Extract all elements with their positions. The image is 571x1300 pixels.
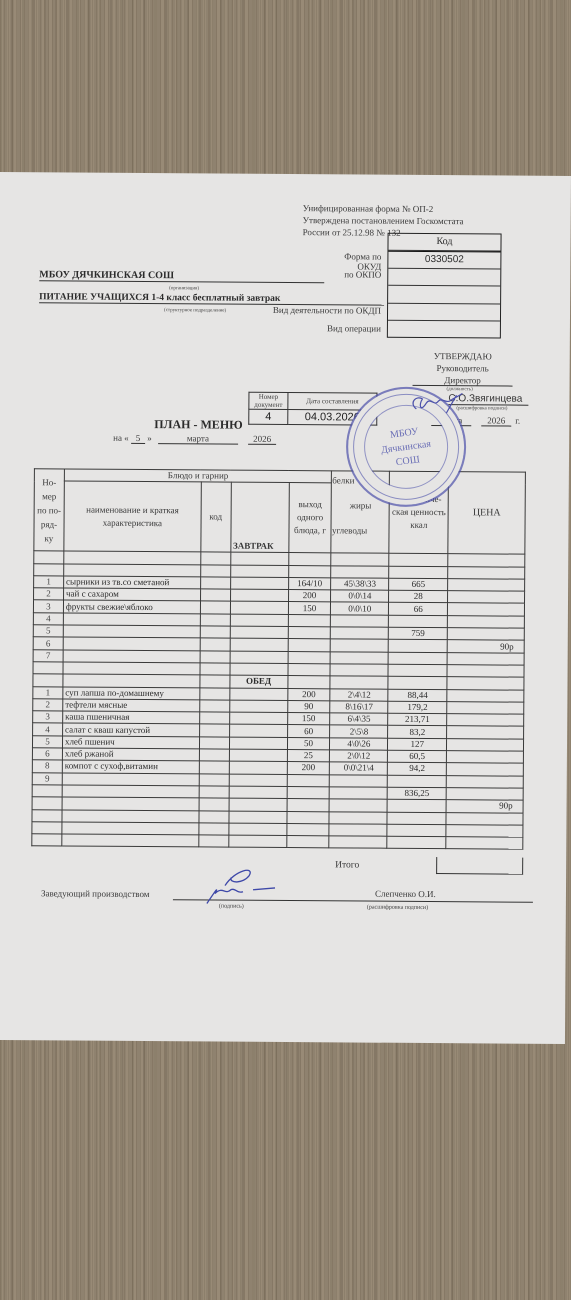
dish-name xyxy=(63,613,200,626)
code-box-spacer xyxy=(388,286,500,305)
yield-cell: 150 xyxy=(287,713,330,726)
header-yield: выход одного блюда, г xyxy=(288,483,331,553)
price-cell xyxy=(447,628,524,641)
price-cell xyxy=(447,714,524,727)
yield-cell xyxy=(286,823,329,836)
pfc-cell xyxy=(330,787,388,800)
approval-name: С.О.Звягинцева xyxy=(448,393,528,406)
row-number: 9 xyxy=(32,772,62,785)
row-number: 1 xyxy=(34,576,64,589)
kcal-cell xyxy=(387,836,446,849)
kcal-cell xyxy=(388,652,447,665)
pfc-cell: 0\0\21\4 xyxy=(330,762,388,775)
pfc-cell: 0\0\10 xyxy=(331,602,389,615)
yield-cell: 90 xyxy=(287,700,330,713)
dish-name: компот с сухоф,витамин xyxy=(62,760,199,773)
doc-number-label: Номер документ xyxy=(249,392,288,409)
price-cell xyxy=(446,775,523,788)
yield-cell: 150 xyxy=(288,602,331,615)
price-cell xyxy=(448,615,525,628)
dish-name xyxy=(63,650,200,663)
code-cell xyxy=(199,761,229,774)
footer-name: Слепченко О.И. xyxy=(375,889,436,899)
approval-block: УТВЕРЖДАЮ Руководитель xyxy=(431,350,495,374)
yield-cell xyxy=(288,627,331,640)
pfc-cell: 2\0\12 xyxy=(330,750,388,763)
row-number: 7 xyxy=(33,649,63,662)
pfc-cell: 6\4\35 xyxy=(330,713,388,726)
approval-year: 2026 xyxy=(481,415,511,426)
dish-name xyxy=(62,822,199,835)
dish-name: чай с сахаром xyxy=(63,588,200,601)
yield-cell xyxy=(287,786,330,799)
row-number: 4 xyxy=(33,723,63,736)
yield-cell: 200 xyxy=(287,762,330,775)
for-prefix: на « xyxy=(113,433,129,443)
header-pfc: белки жиры углеводы xyxy=(331,471,389,554)
row-number xyxy=(32,822,62,835)
okpo-label: по ОКПО xyxy=(329,269,381,279)
price-cell xyxy=(446,837,523,850)
code-cell xyxy=(199,798,229,811)
menu-table: Но-мер по по-ряд-ку Блюдо и гарнир белки… xyxy=(31,468,526,850)
pfc-cell: 45\38\33 xyxy=(331,578,389,591)
row-number: 2 xyxy=(33,699,63,712)
dish-name xyxy=(62,809,199,822)
organization-name: МБОУ ДЯЧКИНСКАЯ СОШ xyxy=(39,269,324,283)
code-cell xyxy=(200,626,230,639)
blank-cell xyxy=(229,798,287,811)
pfc-cell xyxy=(329,799,387,812)
kcal-cell xyxy=(388,775,447,788)
division-caption: (структурное подразделение) xyxy=(164,308,226,313)
menu-date-line: на « 5 » марта 2026 xyxy=(113,433,276,445)
code-cell xyxy=(200,601,230,614)
price-cell xyxy=(447,689,524,702)
header-proteins: белки xyxy=(332,475,389,486)
pfc-cell xyxy=(331,615,389,628)
price-cell xyxy=(446,788,523,801)
pfc-cell: 4\0\26 xyxy=(330,738,388,751)
yield-cell xyxy=(287,799,330,812)
signature-caption: (подпись) xyxy=(219,904,244,910)
kcal-cell: 83,2 xyxy=(388,726,447,739)
menu-year: 2026 xyxy=(248,434,276,445)
pfc-cell xyxy=(329,824,387,837)
kcal-cell: 836,25 xyxy=(387,787,446,800)
blank-cell xyxy=(230,577,288,590)
price-cell xyxy=(448,579,525,592)
dish-name: хлеб ржаной xyxy=(62,748,199,761)
kcal-cell xyxy=(387,824,446,837)
row-number: 5 xyxy=(33,625,63,638)
row-number: 3 xyxy=(33,711,63,724)
blank-cell xyxy=(229,749,287,762)
code-cell xyxy=(199,774,229,787)
price-cell: 90р xyxy=(446,800,523,813)
breakfast-section: 1сырники из тв.со сметаной164/1045\38\33… xyxy=(33,576,525,666)
yield-cell: 25 xyxy=(287,750,330,763)
pfc-cell xyxy=(331,639,389,652)
dish-name: салат с кваш капустой xyxy=(63,723,200,736)
kcal-cell: 88,44 xyxy=(388,689,447,702)
menu-day: 5 xyxy=(131,433,145,444)
code-box: Код 0330502 xyxy=(387,233,502,339)
division-name: ПИТАНИЕ УЧАЩИХСЯ 1-4 класс бесплатный за… xyxy=(39,292,384,305)
dish-name: хлеб пшенич xyxy=(62,736,199,749)
approval-year-suffix: г. xyxy=(515,416,520,426)
pfc-cell xyxy=(330,774,388,787)
code-cell xyxy=(199,712,229,725)
blank-cell xyxy=(230,614,288,627)
code-cell xyxy=(199,786,229,799)
pfc-cell: 8\16\17 xyxy=(330,701,388,714)
pfc-cell: 2\5\8 xyxy=(330,725,388,738)
yield-cell: 60 xyxy=(287,725,330,738)
row-number: 2 xyxy=(34,588,64,601)
blank-cell xyxy=(230,651,288,664)
yield-cell xyxy=(286,836,329,849)
blank-cell xyxy=(229,725,287,738)
stamp-line2: Дячкинская xyxy=(348,433,465,462)
yield-cell xyxy=(287,774,330,787)
price-cell xyxy=(447,763,524,776)
price-cell xyxy=(446,824,523,837)
code-cell xyxy=(199,810,229,823)
document-sheet: Унифицированная форма № ОП-2 Утверждена … xyxy=(0,172,571,1044)
kcal-cell: 759 xyxy=(389,627,448,640)
approval-position-caption: (должность) xyxy=(446,387,472,392)
kcal-cell xyxy=(387,799,446,812)
row-number: 8 xyxy=(32,760,62,773)
price-cell xyxy=(446,812,523,825)
price-cell: 90р xyxy=(447,640,524,653)
dish-name: сырники из тв.со сметаной xyxy=(64,576,201,589)
row-number xyxy=(32,834,62,847)
document-title: ПЛАН - МЕНЮ xyxy=(154,417,243,433)
kcal-cell: 213,71 xyxy=(388,713,447,726)
pfc-cell xyxy=(329,811,387,824)
price-cell xyxy=(448,591,525,604)
table-row xyxy=(32,834,523,850)
row-number: 6 xyxy=(33,637,63,650)
code-cell xyxy=(199,724,229,737)
header-name: наименование и краткая характеристика xyxy=(64,481,201,552)
yield-cell xyxy=(287,811,330,824)
day-suffix: » xyxy=(147,433,152,443)
row-number xyxy=(32,797,62,810)
blank-cell xyxy=(230,638,288,651)
row-number xyxy=(32,785,62,798)
header-energy: энергетиче-ская ценность ккал xyxy=(389,471,449,554)
organization-caption: (организация) xyxy=(169,286,199,291)
header-number: Но-мер по по-ряд-ку xyxy=(34,469,65,552)
code-box-header: Код xyxy=(388,234,500,252)
price-cell xyxy=(447,751,524,764)
form-header-line2: Утверждена постановлением Госкомстата xyxy=(303,214,464,227)
dish-name xyxy=(62,834,199,847)
pfc-cell xyxy=(331,651,389,664)
approval-title: УТВЕРЖДАЮ xyxy=(431,350,495,362)
code-cell xyxy=(199,823,229,836)
operation-label: Вид операции xyxy=(299,323,381,334)
form-header-line1: Унифицированная форма № ОП-2 xyxy=(303,202,464,215)
kcal-cell xyxy=(387,812,446,825)
code-cell xyxy=(199,700,229,713)
footer-name-caption: (расшифровка подписи) xyxy=(367,905,428,911)
dish-name xyxy=(63,625,200,638)
blank-cell xyxy=(229,811,287,824)
yield-cell: 50 xyxy=(287,737,330,750)
kcal-cell xyxy=(388,640,447,653)
doc-number: 4 xyxy=(249,409,288,424)
yield-cell xyxy=(288,614,331,627)
header-fats: жиры xyxy=(332,500,389,511)
dish-name xyxy=(62,797,199,810)
code-cell xyxy=(200,614,230,627)
okdp-label: Вид деятельности по ОКДП xyxy=(249,305,381,316)
dish-name xyxy=(62,773,199,786)
document-number-box: Номер документ Дата составления 4 04.03.… xyxy=(248,392,377,426)
footer-signature-line xyxy=(173,899,533,903)
lunch-label: ОБЕД xyxy=(230,675,288,688)
yield-cell: 200 xyxy=(287,688,330,701)
doc-date-label: Дата составления xyxy=(288,393,377,411)
header-code: код xyxy=(201,482,231,552)
dish-name: каша пшеничная xyxy=(63,711,200,724)
pfc-cell xyxy=(331,627,389,640)
dish-name: фрукты свежие\яблоко xyxy=(63,600,200,613)
pfc-cell xyxy=(329,836,387,849)
kcal-cell: 179,2 xyxy=(388,701,447,714)
kcal-cell: 66 xyxy=(389,603,448,616)
approval-role: Руководитель xyxy=(431,362,495,374)
code-cell xyxy=(200,638,230,651)
code-cell xyxy=(199,737,229,750)
header-carbs: углеводы xyxy=(332,525,389,536)
blank-cell xyxy=(229,712,287,725)
dish-name: суп лапша по-домашнему xyxy=(63,687,200,700)
pfc-cell: 2\4\12 xyxy=(330,688,388,701)
kcal-cell xyxy=(389,615,448,628)
kcal-cell: 665 xyxy=(389,578,448,591)
blank-cell xyxy=(230,602,288,615)
dish-name xyxy=(62,785,199,798)
kcal-cell: 28 xyxy=(389,590,448,603)
yield-cell: 200 xyxy=(288,590,331,603)
blank-cell xyxy=(229,700,287,713)
kcal-cell: 94,2 xyxy=(388,763,447,776)
yield-cell: 164/10 xyxy=(288,577,331,590)
doc-date: 04.03.2026 xyxy=(288,410,377,426)
breakfast-label: ЗАВТРАК xyxy=(230,482,288,552)
yield-cell xyxy=(288,639,331,652)
header-price: ЦЕНА xyxy=(448,472,525,555)
approval-position: Директор xyxy=(413,375,513,387)
menu-month: марта xyxy=(158,433,238,445)
kcal-cell: 60,5 xyxy=(388,750,447,763)
code-cell xyxy=(200,651,230,664)
pfc-cell: 0\0\14 xyxy=(331,590,389,603)
blank-cell xyxy=(229,761,287,774)
okud-value[interactable]: 0330502 xyxy=(388,251,500,270)
lunch-section: 1суп лапша по-домашнему2002\4\1288,442те… xyxy=(32,686,524,849)
kcal-cell: 127 xyxy=(388,738,447,751)
total-value-cell xyxy=(436,857,523,875)
okpo-value[interactable] xyxy=(388,269,500,287)
row-number: 4 xyxy=(33,613,63,626)
approval-name-caption: (расшифровка подписи) xyxy=(456,406,507,411)
price-cell xyxy=(448,603,525,616)
code-cell xyxy=(199,749,229,762)
blank-cell xyxy=(230,626,288,639)
blank-cell xyxy=(228,835,286,848)
row-number: 1 xyxy=(33,686,63,699)
row-number xyxy=(32,809,62,822)
code-cell xyxy=(200,687,230,700)
blank-cell xyxy=(229,774,287,787)
price-cell xyxy=(447,738,524,751)
code-cell xyxy=(200,589,230,602)
operation-value[interactable] xyxy=(388,321,500,338)
blank-cell xyxy=(229,823,287,836)
yield-cell xyxy=(288,651,331,664)
blank-cell xyxy=(230,589,288,602)
dish-name xyxy=(63,637,200,650)
blank-cell xyxy=(229,786,287,799)
code-cell xyxy=(200,577,230,590)
row-number: 6 xyxy=(32,748,62,761)
row-number: 5 xyxy=(32,735,62,748)
blank-cell xyxy=(229,688,287,701)
total-label: Итого xyxy=(335,860,359,870)
blank-cell xyxy=(229,737,287,750)
row-number: 3 xyxy=(33,600,63,613)
price-cell xyxy=(447,652,524,665)
okdp-value[interactable] xyxy=(388,304,500,322)
approval-month: марта xyxy=(431,415,471,426)
code-cell xyxy=(199,835,229,848)
footer-role: Заведующий производством xyxy=(41,888,150,899)
price-cell xyxy=(447,726,524,739)
price-cell xyxy=(447,701,524,714)
dish-name: тефтели мясные xyxy=(63,699,200,712)
